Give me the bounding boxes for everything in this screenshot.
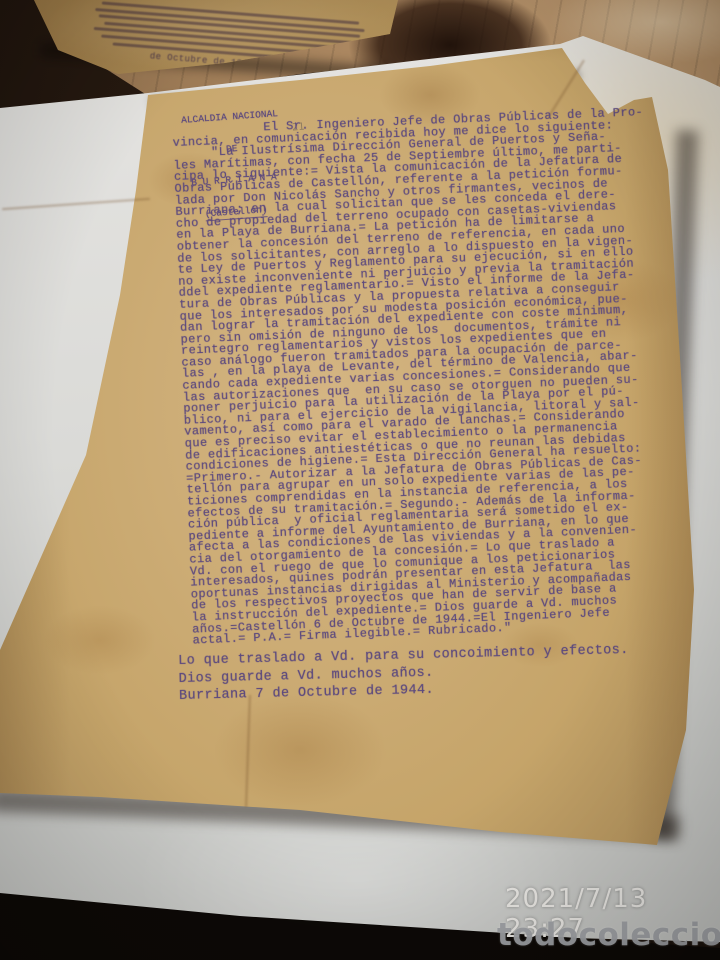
photo-canvas: de Octubre de 1944. ALCALDIA NACIONAL DE… xyxy=(0,0,720,960)
document-closing: Lo que traslado a Vd. para su concoimien… xyxy=(178,642,630,705)
todocoleccion-watermark: todocoleccion xyxy=(497,917,720,953)
document-body: El Sr. Ingeniero Jefe de Obras Públicas … xyxy=(172,106,703,648)
